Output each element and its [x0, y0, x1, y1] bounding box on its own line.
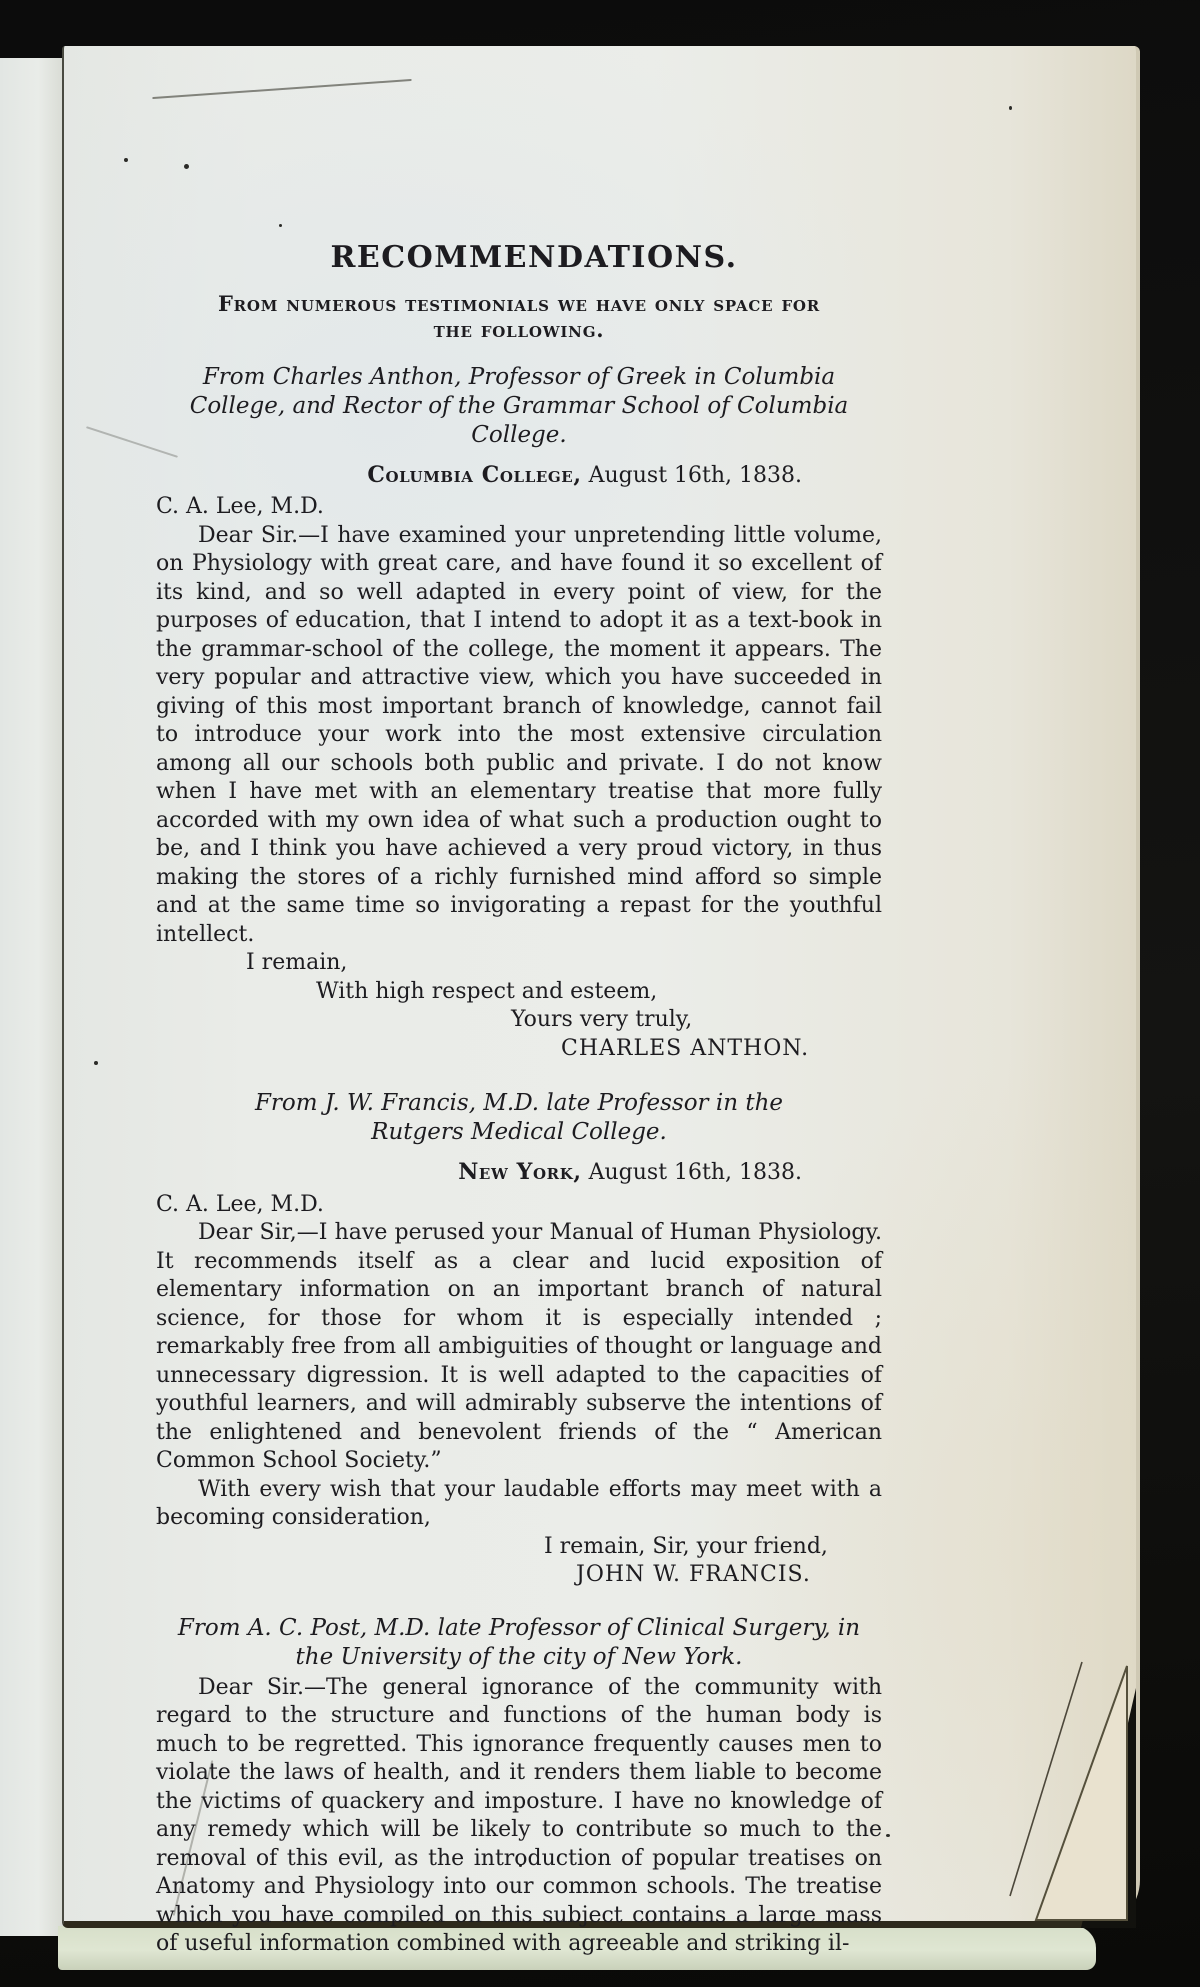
dateline-date: August 16th, 1838.: [589, 463, 802, 488]
testimonial-heading: From A. C. Post, M.D. late Professor of …: [169, 1614, 869, 1672]
paper-speck: [1009, 106, 1012, 110]
closing-line: I remain, Sir, your friend,: [544, 1533, 882, 1562]
previous-page-edge: [0, 58, 64, 1936]
closing-line: With high respect and esteem,: [316, 978, 882, 1007]
paper-speck: [94, 1061, 98, 1065]
testimonial-heading: From Charles Anthon, Professor of Greek …: [169, 363, 869, 450]
dateline-place: New York,: [458, 1159, 581, 1185]
dateline-place: Columbia College,: [367, 462, 581, 488]
dog-ear-fold: [986, 1658, 1136, 1928]
page-title: RECOMMENDATIONS.: [186, 244, 882, 273]
dateline: Columbia College, August 16th, 1838.: [156, 461, 882, 491]
letter-paragraph: With every wish that your laudable effor…: [156, 1476, 882, 1533]
testimonial-anthon: From Charles Anthon, Professor of Greek …: [156, 363, 882, 1064]
dateline: New York, August 16th, 1838.: [156, 1158, 882, 1188]
paper-speck: [124, 158, 128, 162]
testimonial-post: From A. C. Post, M.D. late Professor of …: [156, 1614, 882, 1959]
signature: CHARLES ANTHON.: [561, 1035, 882, 1064]
letter-paragraph: Dear Sir.—The general ignorance of the c…: [156, 1674, 882, 1959]
closing-line: Yours very truly,: [511, 1006, 882, 1035]
page-subtitle: From numerous testimonials we have only …: [195, 291, 843, 343]
letter-paragraph: Dear Sir,—I have perused your Manual of …: [156, 1219, 882, 1476]
paper-speck: [886, 1834, 890, 1837]
dateline-date: August 16th, 1838.: [589, 1160, 802, 1185]
addressee: C. A. Lee, M.D.: [156, 1191, 882, 1220]
text-column: RECOMMENDATIONS. From numerous testimoni…: [156, 46, 882, 1921]
closing-line: I remain,: [246, 949, 882, 978]
letter-paragraph: Dear Sir.—I have examined your unpretend…: [156, 522, 882, 950]
testimonial-heading: From J. W. Francis, M.D. late Professor …: [209, 1089, 829, 1147]
testimonial-francis: From J. W. Francis, M.D. late Professor …: [156, 1089, 882, 1590]
scanned-book-page: RECOMMENDATIONS. From numerous testimoni…: [62, 46, 1140, 1928]
signature: JOHN W. FRANCIS.: [576, 1561, 882, 1590]
addressee: C. A. Lee, M.D.: [156, 493, 882, 522]
